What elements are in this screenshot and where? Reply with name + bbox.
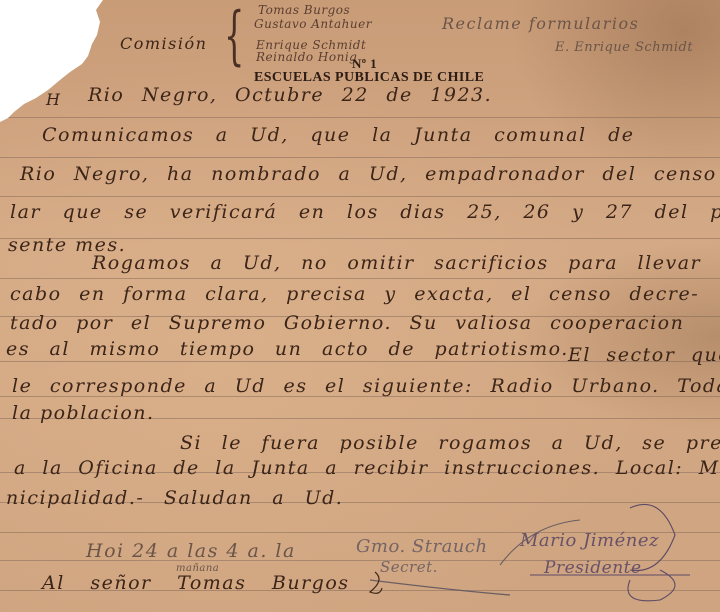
body-line: le corresponde a Ud es el siguiente: Rad… bbox=[12, 375, 720, 397]
commission-member: Gustavo Antahuer bbox=[254, 17, 372, 31]
body-line: Rogamos a Ud, no omitir sacrificios para… bbox=[92, 252, 720, 274]
rule-line bbox=[0, 278, 720, 279]
addressee: Al señor Tomas Burgos bbox=[42, 572, 350, 594]
signature-secretary: Gmo. Strauch bbox=[356, 536, 488, 557]
signature-secretary-title: Secret. bbox=[380, 558, 438, 576]
body-line: El sector que bbox=[568, 344, 720, 366]
date-mark: H bbox=[46, 90, 61, 109]
commission-member: Tomas Burgos bbox=[258, 3, 350, 17]
body-line: Comunicamos a Ud, que la Junta comunal d… bbox=[42, 124, 635, 146]
brace-glyph: { bbox=[224, 4, 244, 68]
rule-line bbox=[0, 117, 720, 118]
margin-note-signature: E. Enrique Schmidt bbox=[555, 40, 693, 55]
body-line: lar que se verificará en los dias 25, 26… bbox=[10, 201, 720, 223]
body-line: cabo en forma clara, precisa y exacta, e… bbox=[10, 283, 699, 305]
pencil-note: Hoi 24 a las 4 a. la bbox=[86, 540, 296, 562]
body-line: nicipalidad.- Saludan a Ud. bbox=[6, 487, 343, 509]
body-line: Rio Negro, ha nombrado a Ud, empadronado… bbox=[20, 163, 720, 185]
rule-line bbox=[0, 196, 720, 197]
margin-note-reclame: Reclame formularios bbox=[442, 14, 639, 33]
letter-sheet: Comisión { Tomas Burgos Gustavo Antahuer… bbox=[0, 0, 720, 612]
place-date: Rio Negro, Octubre 22 de 1923. bbox=[88, 84, 492, 106]
commission-label: Comisión bbox=[120, 34, 207, 53]
body-line: es al mismo tiempo un acto de patriotism… bbox=[6, 338, 569, 360]
rule-line bbox=[0, 157, 720, 158]
body-line: tado por el Supremo Gobierno. Su valiosa… bbox=[10, 312, 684, 334]
signature-president: Mario Jiménez bbox=[520, 530, 659, 551]
body-line: a la Oficina de la Junta a recibir instr… bbox=[14, 457, 720, 479]
commission-member: Reinaldo Honig bbox=[256, 50, 357, 64]
signature-president-title: Presidente bbox=[544, 558, 642, 578]
body-line: la poblacion. bbox=[12, 402, 155, 424]
body-line: Si le fuera posible rogamos a Ud, se pre… bbox=[180, 432, 720, 454]
